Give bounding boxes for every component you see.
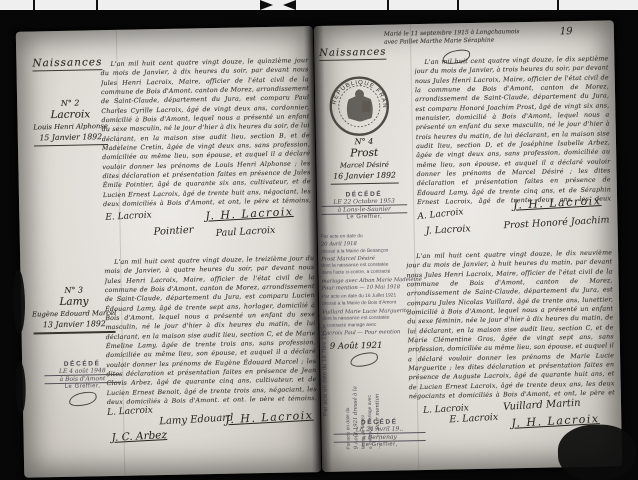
margin-rule <box>331 182 399 184</box>
paraph <box>68 390 98 407</box>
page-heading: Naissances <box>319 47 386 61</box>
mention-line: 20 Avril 1918 <box>321 240 403 247</box>
mention-line: Prost Marcel Désiré <box>321 255 403 262</box>
act-given-names: Eugène Edouard Marcel <box>31 309 117 319</box>
film-tick <box>557 0 559 10</box>
signature: J. Lacroix <box>425 223 471 236</box>
film-tick <box>387 0 389 10</box>
mention-line: dressé à la Mairie de Besançon <box>321 248 403 255</box>
film-artifact <box>15 362 26 414</box>
film-tick <box>457 0 459 10</box>
frame-marker-icon <box>283 0 296 10</box>
act-surname: Prost <box>324 146 404 160</box>
signature: Lamy Edouard <box>159 412 234 427</box>
paraph <box>349 351 379 368</box>
left-page: Naissances L'an mil huit cent quatre vin… <box>16 26 322 478</box>
birth-act-text: L'an mil huit cent quatre vingt douze, l… <box>406 248 615 400</box>
margin-date: 9 Août 1921 <box>330 341 383 352</box>
stamp-signoff: Le Greffier, <box>321 213 407 221</box>
signature: E. Lacroix <box>105 210 152 222</box>
signature: L. Lacroix <box>107 405 153 417</box>
film-tick <box>96 0 98 10</box>
signature: A. Lacroix <box>417 207 464 222</box>
birth-act-text: L'an mil huit cent quatre vingt douze, l… <box>104 254 317 404</box>
act-date: 16 Janvier 1892 <box>325 170 405 181</box>
right-page: Naissances 19 Marié le 11 septembre 1915… <box>314 20 623 472</box>
act-given-names: Marcel Désiré <box>324 160 404 170</box>
signature: Pointier <box>153 225 193 238</box>
republique-francaise-seal-icon: RÉPUBLIQUE FRANÇAISE <box>328 75 391 138</box>
signature: J. H. Lacroix <box>225 409 314 427</box>
act-date: 15 Janvier 1892 <box>28 132 114 143</box>
act-date: 13 Janvier 1892 <box>31 319 117 330</box>
film-artifact <box>557 424 636 480</box>
act-number: N° 3 <box>31 285 117 296</box>
margin-entry: N° 4 Prost Marcel Désiré 16 Janvier 1892 <box>324 136 405 185</box>
film-tick <box>33 0 35 10</box>
top-marginal-note: Marié le 11 septembre 1915 à Longchaumoi… <box>384 28 574 47</box>
signature: Vuillard Martin <box>503 398 581 413</box>
register-spread: Naissances L'an mil huit cent quatre vin… <box>16 20 622 477</box>
margin-rule <box>34 331 116 335</box>
act-number: N° 4 <box>324 136 404 147</box>
act-surname: Lamy <box>31 295 117 309</box>
signature: E. Lacroix <box>449 412 498 426</box>
signature: Prost Honoré Joachim <box>503 215 610 232</box>
film-artifact <box>12 270 25 334</box>
margin-entry: N° 2 Lacroix Louis Henri Alphonse 15 Jan… <box>27 98 114 147</box>
stamp-signoff: Le Greffier, <box>45 383 121 390</box>
page-heading: Naissances <box>32 56 102 71</box>
mention-line: Lacroix Paul — Pour mention <box>323 330 405 337</box>
film-strip <box>0 0 638 10</box>
frame-marker-icon <box>260 0 273 10</box>
death-stamp: DÉCÉDÉ LE 4 août 1948 à Bois d'Amont Le … <box>44 360 121 406</box>
stamp-signoff: Le Greffier, <box>334 441 426 449</box>
act-surname: Lacroix <box>27 108 113 122</box>
signature: Paul Lacroix <box>215 225 275 239</box>
mention-line: Vuillard Marie Lucie Marguerite <box>322 308 404 315</box>
mention-line: Pour mention — 10 Mai 1918 <box>322 284 404 291</box>
birth-act-text: L'an mil huit cent quatre vingt douze, l… <box>414 54 611 206</box>
act-given-names: Louis Henri Alphonse <box>28 122 114 132</box>
margin-entry: N° 3 Lamy Eugène Edouard Marcel 13 Janvi… <box>31 285 118 335</box>
margin-rule <box>34 144 108 146</box>
death-stamp: DÉCÉDÉ LE 22 Octobre 1953 à Lons-le-Saun… <box>321 190 408 221</box>
birth-act-text: L'an mil huit cent quatre vingt douze, l… <box>100 56 311 210</box>
signature: J. C. Arbez <box>111 429 167 444</box>
mention-line: dont la naissance est constatée <box>322 315 404 322</box>
death-stamp: DÉCÉDÉ LE 24 Avril 19.. à Bernenay Le Gr… <box>333 418 426 449</box>
act-number: N° 2 <box>27 98 113 109</box>
